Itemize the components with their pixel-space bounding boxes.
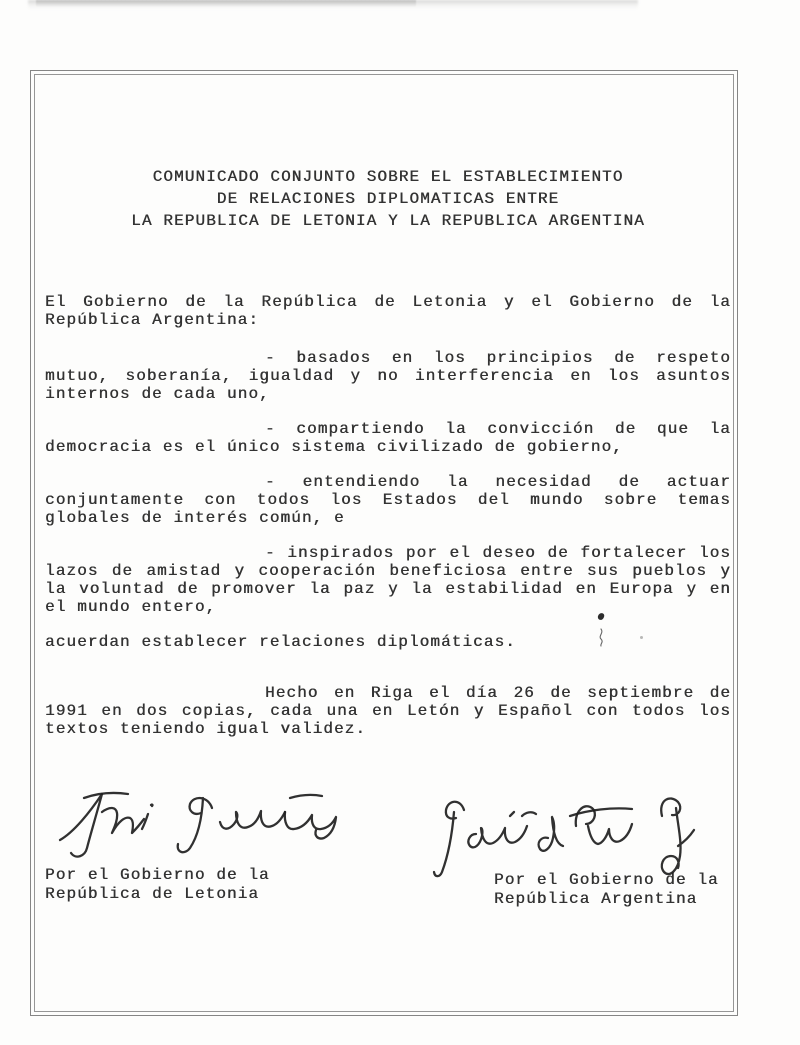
ink-speck — [640, 636, 643, 639]
signatory-label-line: República de Letonia — [45, 885, 270, 904]
signatory-label-argentina: Por el Gobierno de la República Argentin… — [494, 871, 719, 909]
text-line: - basados en los principios de respeto — [45, 349, 731, 367]
text-line: - inspirados por el deseo de fortalecer … — [45, 544, 731, 562]
text-line: 1991 en dos copias, cada una en Letón y … — [45, 702, 731, 720]
signatory-label-line: República Argentina — [494, 890, 719, 909]
document-content: COMUNICADO CONJUNTO SOBRE EL ESTABLECIMI… — [45, 70, 731, 738]
signatory-label-letonia: Por el Gobierno de la República de Leton… — [45, 866, 270, 904]
ink-speck — [596, 628, 606, 648]
text-line: textos teniendo igual validez. — [45, 720, 731, 738]
text-line: El Gobierno de la República de Letonia y… — [45, 293, 731, 311]
paragraph: - compartiendo la convicción de que lade… — [45, 420, 731, 456]
text-line: - compartiendo la convicción de que la — [45, 420, 731, 438]
paragraph: Hecho en Riga el día 26 de septiembre de… — [45, 684, 731, 738]
text-line: - entendiendo la necesidad de actuar — [45, 473, 731, 491]
paragraph: - entendiendo la necesidad de actuarconj… — [45, 473, 731, 527]
text-line: la voluntad de promover la paz y la esta… — [45, 580, 731, 598]
text-line: globales de interés común, e — [45, 509, 731, 527]
scan-smudge — [36, 0, 416, 7]
paragraph: - inspirados por el deseo de fortalecer … — [45, 544, 731, 616]
document-title: COMUNICADO CONJUNTO SOBRE EL ESTABLECIMI… — [45, 70, 731, 232]
paragraph: - basados en los principios de respetomu… — [45, 349, 731, 403]
text-line: conjuntamente con todos los Estados del … — [45, 491, 731, 509]
text-line: República Argentina: — [45, 311, 731, 329]
document-body: El Gobierno de la República de Letonia y… — [45, 293, 731, 738]
title-line: LA REPUBLICA DE LETONIA Y LA REPUBLICA A… — [45, 210, 731, 232]
signatory-label-line: Por el Gobierno de la — [494, 871, 719, 890]
text-line: mutuo, soberanía, igualdad y no interfer… — [45, 367, 731, 385]
text-line: Hecho en Riga el día 26 de septiembre de — [45, 684, 731, 702]
text-line: lazos de amistad y cooperación beneficio… — [45, 562, 731, 580]
title-line: COMUNICADO CONJUNTO SOBRE EL ESTABLECIMI… — [45, 166, 731, 188]
signatory-label-line: Por el Gobierno de la — [45, 866, 270, 885]
text-line: acuerdan establecer relaciones diplomáti… — [45, 633, 731, 651]
text-line: democracia es el único sistema civilizad… — [45, 438, 731, 456]
scanned-communique-page: COMUNICADO CONJUNTO SOBRE EL ESTABLECIMI… — [0, 0, 800, 1045]
paragraph: El Gobierno de la República de Letonia y… — [45, 293, 731, 329]
title-line: DE RELACIONES DIPLOMATICAS ENTRE — [45, 188, 731, 210]
paragraph: acuerdan establecer relaciones diplomáti… — [45, 633, 731, 651]
text-line: el mundo entero, — [45, 598, 731, 616]
text-line: internos de cada uno, — [45, 385, 731, 403]
